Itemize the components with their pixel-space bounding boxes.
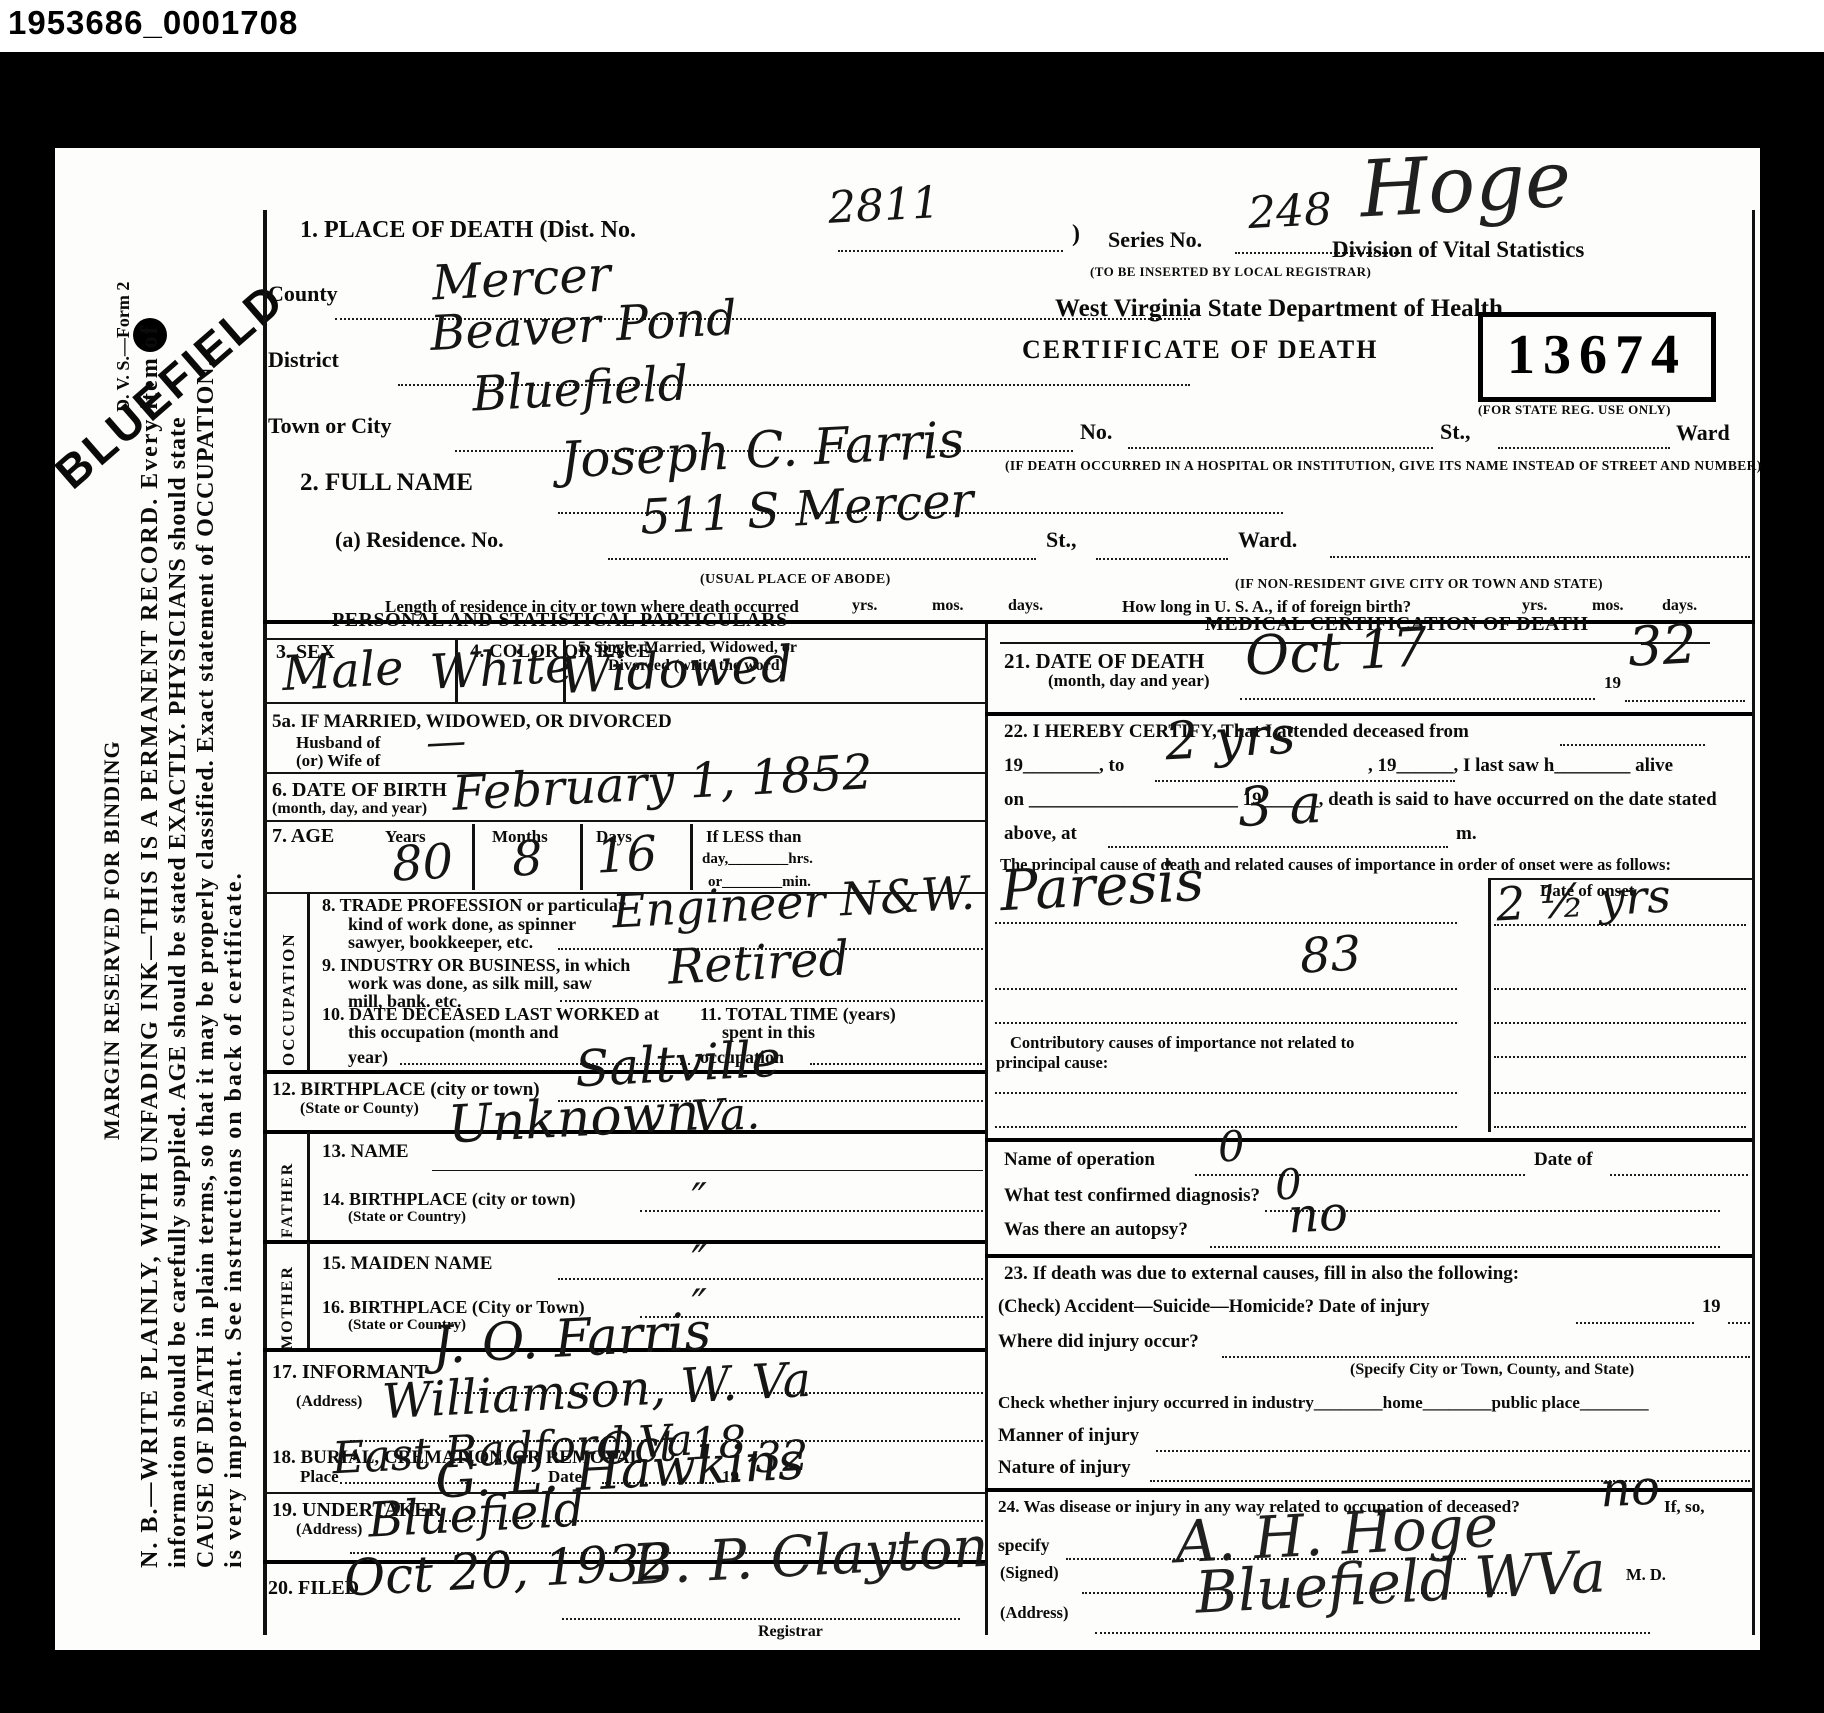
operation-value: 0 [1217, 1127, 1246, 1166]
date-of-death-value: Oct 17 [1244, 623, 1428, 681]
dotted-rule [1222, 1356, 1750, 1358]
if-less-label-2: day,________hrs. [702, 852, 813, 868]
mother-cell-divider [307, 1242, 310, 1350]
abode-note: (USUAL PLACE OF ABODE) [700, 572, 891, 588]
rule [263, 820, 985, 822]
mos-label: mos. [932, 598, 964, 615]
husband-of-label: Husband of [296, 734, 381, 752]
dotted-rule [640, 1210, 983, 1212]
last-worked-label-3: year) [348, 1048, 388, 1067]
operation-date-label: Date of [1534, 1150, 1593, 1170]
dotted-rule [1560, 744, 1705, 746]
town-label: Town or City [268, 414, 391, 437]
rule [985, 1254, 1752, 1258]
check-where-occurred-label: Check whether injury occurred in industr… [998, 1394, 1649, 1412]
form-left-border [263, 210, 267, 1635]
scanned-death-certificate: 1953686_0001708 BLUEFIELD D. V. S.—Form … [0, 0, 1824, 1713]
rule [432, 1170, 983, 1171]
dotted-rule [1330, 556, 1750, 558]
residence-value: 511 S Mercer [639, 479, 975, 540]
paren-close: ) [1072, 222, 1080, 247]
town-value: Bluefield [471, 362, 689, 416]
district-label: District [268, 348, 339, 371]
certify-line-3: on ______________________ 19______, deat… [1004, 790, 1717, 810]
wife-of-label: (or) Wife of [296, 752, 380, 770]
date-of-death-label: 21. DATE OF DEATH [1004, 650, 1204, 672]
age-years-value: 80 [391, 840, 454, 886]
informant-address-label: (Address) [296, 1394, 362, 1411]
last-worked-label-2: this occupation (month and [348, 1023, 559, 1042]
father-birthplace-sublabel: (State or Country) [348, 1210, 466, 1226]
dotted-rule [608, 558, 1036, 560]
mos-label: mos. [1592, 598, 1624, 615]
series-note: (TO BE INSERTED BY LOCAL REGISTRAR) [1090, 264, 1371, 280]
where-injury-label: Where did injury occur? [998, 1332, 1199, 1352]
nature-of-injury-label: Nature of injury [998, 1458, 1131, 1478]
hospital-note: (IF DEATH OCCURRED IN A HOSPITAL OR INST… [1005, 458, 1762, 474]
certify-line-2a: 19________, to [1004, 756, 1124, 776]
days-label: days. [1008, 598, 1043, 615]
physician-address-label: (Address) [1000, 1604, 1068, 1621]
age-days-value: 16 [595, 832, 658, 878]
dotted-rule [1498, 447, 1670, 449]
test-label: What test confirmed diagnosis? [1004, 1186, 1260, 1206]
certify-line-4a: above, at [1004, 824, 1077, 844]
cell-divider [580, 824, 583, 890]
registrar-label: Registrar [758, 1624, 823, 1641]
dotted-rule [1494, 1092, 1746, 1094]
ward-label: Ward [1676, 421, 1730, 444]
mother-name-value: ″ [691, 1242, 709, 1281]
dotted-rule [1108, 846, 1448, 848]
dob-sublabel: (month, day, and year) [272, 801, 427, 818]
dotted-rule [1625, 700, 1745, 702]
sex-value: Male [281, 647, 405, 696]
father-name-label: 13. NAME [322, 1142, 409, 1162]
dotted-rule [1195, 1174, 1525, 1176]
if-so-label: If, so, [1664, 1498, 1705, 1516]
autopsy-value: no [1287, 1192, 1349, 1238]
dod-year-value: 32 [1627, 620, 1698, 672]
dotted-rule [1095, 1632, 1650, 1634]
operation-label: Name of operation [1004, 1150, 1155, 1170]
undertaker-address-value: Bluefield [367, 1488, 585, 1542]
county-label: County [268, 282, 338, 305]
dotted-rule [562, 1618, 960, 1620]
age-months-value: 8 [511, 837, 544, 882]
dotted-rule [1494, 924, 1746, 926]
series-value: 248 [1247, 190, 1333, 234]
dotted-rule [1240, 698, 1595, 700]
dotted-rule [995, 1022, 1457, 1024]
cell-divider [472, 824, 475, 890]
rule [985, 712, 1752, 716]
injury-year-pre: 19 [1702, 1298, 1721, 1317]
margin-nb-line4: is very important. See instructions on b… [222, 871, 247, 1568]
dotted-rule [1128, 447, 1433, 449]
rule [263, 1240, 985, 1244]
date-of-death-sublabel: (month, day and year) [1048, 672, 1210, 690]
physician-address-value: Bluefield WVa [1194, 1545, 1607, 1619]
dotted-rule [838, 250, 1063, 252]
margin-nb-line1: N. B.—WRITE PLAINLY, WITH UNFADING INK—T… [138, 324, 163, 1568]
onset-value: 2 ½ yrs [1495, 875, 1672, 925]
father-birthplace-value: ″ [691, 1180, 709, 1219]
file-id: 1953686_0001708 [8, 4, 298, 42]
external-causes-label: 23. If death was due to external causes,… [1004, 1264, 1519, 1284]
dotted-rule [1150, 1480, 1750, 1482]
dotted-rule [1610, 1174, 1748, 1176]
dotted-rule [995, 988, 1457, 990]
spouse-value: — [425, 723, 467, 761]
division-signature: Hoge [1358, 145, 1572, 226]
st2-label: St., [1046, 528, 1077, 551]
cause-of-death-value: Paresis [999, 857, 1205, 918]
yrs-label: yrs. [852, 598, 877, 615]
dotted-rule [1096, 558, 1228, 560]
dob-label: 6. DATE OF BIRTH [272, 780, 447, 801]
margin-nb-line3: CAUSE OF DEATH in plain terms, so that i… [194, 359, 219, 1568]
father-birthplace-label: 14. BIRTHPLACE (city or town) [322, 1190, 576, 1209]
signed-label: (Signed) [1000, 1564, 1059, 1581]
if-married-label: 5a. IF MARRIED, WIDOWED, OR DIVORCED [272, 712, 672, 732]
dod-year-pre: 19 [1604, 674, 1621, 692]
specify-label: specify [998, 1536, 1050, 1554]
margin-binding-note: MARGIN RESERVED FOR BINDING [100, 740, 123, 1140]
margin-nb-line2: information should be carefully supplied… [166, 416, 191, 1568]
dotted-rule [558, 1278, 983, 1280]
certificate-number-stamp: 13674 [1478, 312, 1716, 402]
registrar-signature: B. P. Clayton [631, 1523, 990, 1592]
cause-code-value: 83 [1299, 932, 1362, 978]
manner-of-injury-label: Manner of injury [998, 1426, 1139, 1446]
mother-name-label: 15. MAIDEN NAME [322, 1254, 492, 1274]
father-cell-divider [307, 1132, 310, 1240]
district-value: Beaver Pond [429, 297, 738, 356]
certify-line-4b: m. [1456, 824, 1477, 844]
contributory-label-1: Contributory causes of importance not re… [1010, 1034, 1354, 1051]
certify-line-2b: , 19______, I last saw h________ alive [1368, 756, 1673, 776]
md-label: M. D. [1626, 1566, 1666, 1583]
trade-label-3: sawyer, bookkeeper, etc. [348, 933, 533, 952]
dotted-rule [1494, 1056, 1746, 1058]
place-of-death-label: 1. PLACE OF DEATH (Dist. No. [300, 218, 636, 243]
father-side-label: FATHER [280, 1162, 297, 1238]
division-label: Division of Vital Statistics [1332, 238, 1584, 262]
ward2-label: Ward. [1238, 528, 1297, 551]
death-time-value: 3 a [1237, 780, 1323, 833]
series-label: Series No. [1108, 228, 1202, 251]
residence-label: (a) Residence. No. [335, 528, 504, 551]
st-label: St., [1440, 420, 1471, 443]
column-divider [985, 622, 988, 1635]
dotted-rule [995, 922, 1457, 924]
dotted-rule [560, 1000, 983, 1002]
if-less-label-1: If LESS than [706, 828, 801, 846]
nonresident-note: (IF NON-RESIDENT GIVE CITY OR TOWN AND S… [1235, 576, 1603, 592]
age-label: 7. AGE [272, 826, 334, 847]
dotted-rule [1576, 1322, 1694, 1324]
occupation-related-value: no [1599, 1466, 1661, 1512]
personal-section-title: PERSONAL AND STATISTICAL PARTICULARS [332, 610, 788, 631]
contributory-label-2: principal cause: [996, 1054, 1108, 1071]
dotted-rule [1210, 1246, 1720, 1248]
autopsy-label: Was there an autopsy? [1004, 1220, 1188, 1240]
dotted-rule [810, 1063, 982, 1065]
dotted-rule [1494, 1126, 1746, 1128]
district-number-value: 2811 [827, 183, 941, 228]
dotted-rule [1156, 1450, 1750, 1452]
industry-value: Retired [667, 937, 850, 990]
marital-value: Widowed [559, 642, 794, 699]
street-no-label: No. [1080, 420, 1112, 443]
onset-cell-divider [1488, 878, 1491, 1132]
occupation-side-label: OCCUPATION [280, 932, 298, 1066]
undertaker-address-label: (Address) [296, 1522, 362, 1539]
trade-label-1: 8. TRADE PROFESSION or particular [322, 896, 626, 915]
rule [263, 702, 985, 704]
occupation-cell-divider [307, 894, 310, 1070]
dotted-rule [1494, 988, 1746, 990]
check-accident-label: (Check) Accident—Suicide—Homicide? Date … [998, 1298, 1430, 1317]
form-right-border [1752, 210, 1755, 1635]
dotted-rule [1728, 1322, 1750, 1324]
birthplace-sublabel: (State or County) [300, 1101, 419, 1118]
race-value: White [429, 644, 574, 695]
state-reg-note: (FOR STATE REG. USE ONLY) [1478, 402, 1671, 418]
specify-city-note: (Specify City or Town, County, and State… [1350, 1362, 1634, 1379]
full-name-label: 2. FULL NAME [300, 470, 473, 496]
margin-form-number: D. V. S.—Form 2 [114, 282, 133, 412]
certificate-title: CERTIFICATE OF DEATH [1022, 336, 1378, 363]
dotted-rule [1494, 1022, 1746, 1024]
mother-side-label: MOTHER [280, 1265, 297, 1350]
attended-duration-value: 2 yrs [1164, 713, 1297, 767]
father-name-value: Unknown [447, 1089, 701, 1149]
rule [985, 1138, 1752, 1142]
filed-date-value: Oct 20, 1932 [343, 1539, 673, 1601]
dotted-rule [995, 1092, 1457, 1094]
